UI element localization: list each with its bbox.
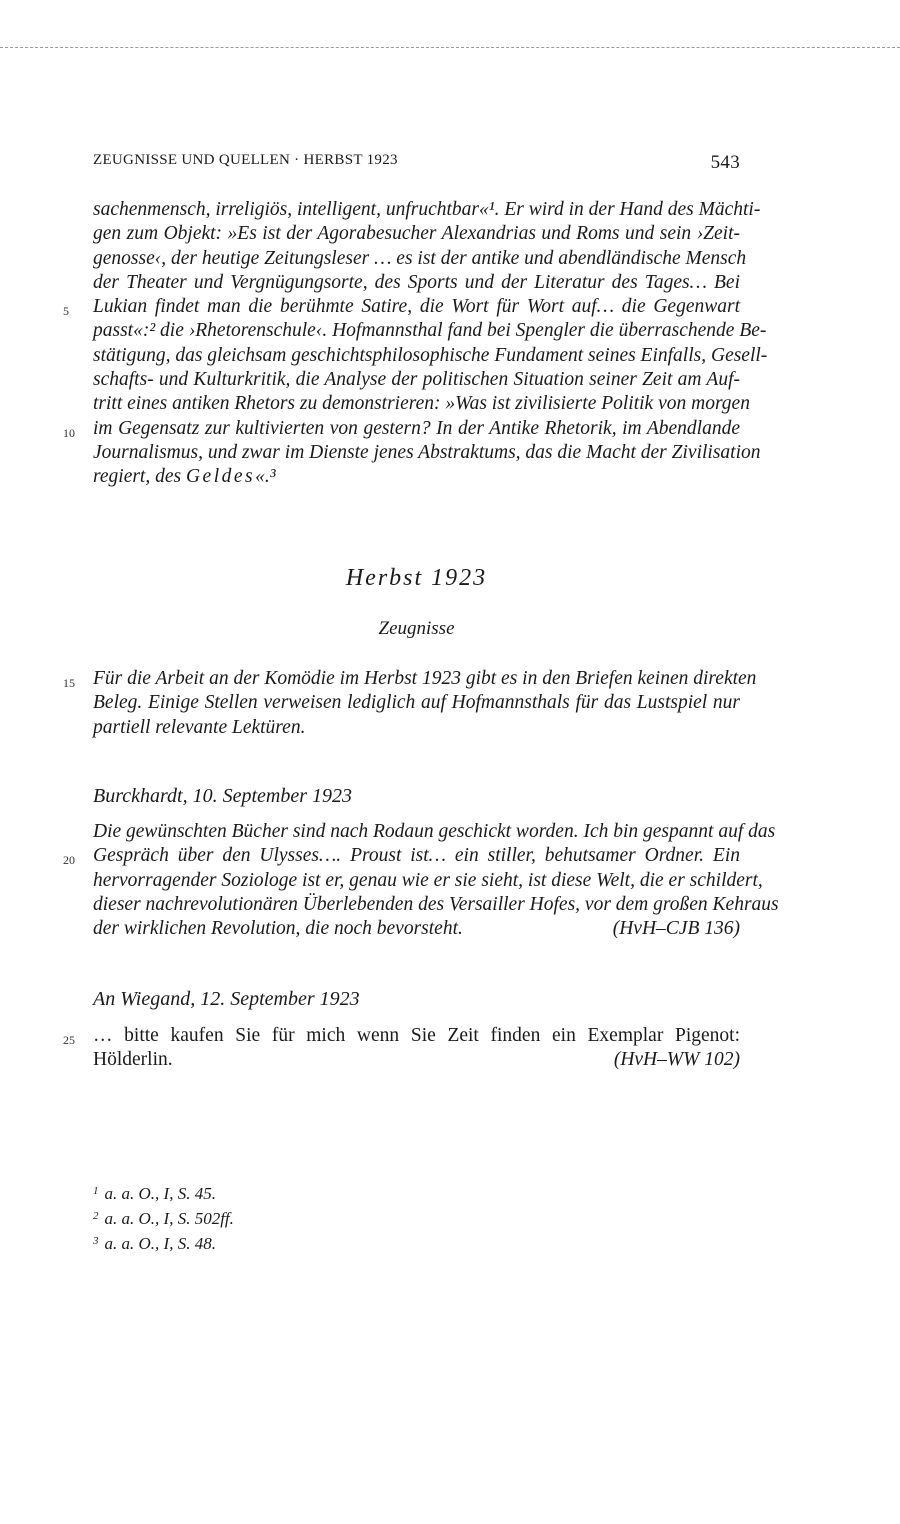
text-line: Die gewünschten Bücher sind nach Rodaun … bbox=[93, 820, 740, 844]
line-number: 25 bbox=[63, 1028, 75, 1052]
footnote-mark: 3 bbox=[93, 1235, 99, 1247]
letter-heading-burckhardt: Burckhardt, 10. September 1923 bbox=[93, 785, 352, 808]
footnote: 1a. a. O., I, S. 45. bbox=[93, 1180, 234, 1205]
footnote-text: a. a. O., I, S. 45. bbox=[105, 1184, 216, 1203]
text-line: genosse‹, der heutige Zeitungsleser … es… bbox=[93, 247, 740, 271]
line-text: sachenmensch, irreligiös, intelligent, u… bbox=[93, 199, 760, 220]
line-text: regiert, des bbox=[93, 466, 186, 487]
line-text: Journalismus, und zwar im Dienste jenes … bbox=[93, 442, 761, 463]
line-text: «.³ bbox=[255, 466, 275, 487]
text-line: der wirklichen Revolution, die noch bevo… bbox=[93, 917, 740, 941]
line-number: 10 bbox=[63, 421, 75, 445]
footnote-text: a. a. O., I, S. 48. bbox=[105, 1234, 216, 1253]
text-line: partiell relevante Lektüren. bbox=[93, 716, 740, 740]
line-text: im Gegensatz zur kultivierten von gester… bbox=[93, 418, 740, 439]
running-head: ZEUGNISSE UND QUELLEN · HERBST 1923 543 bbox=[93, 152, 740, 169]
text-line: 15Für die Arbeit an der Komödie im Herbs… bbox=[93, 667, 740, 691]
text-line: passt«:² die ›Rhetorenschule‹. Hofmannst… bbox=[93, 319, 740, 343]
footnote-text: a. a. O., I, S. 502ff. bbox=[105, 1209, 234, 1228]
emphasized-word: Geldes bbox=[186, 466, 255, 487]
page-number: 543 bbox=[711, 152, 740, 174]
section-paragraph: 15Für die Arbeit an der Komödie im Herbs… bbox=[93, 667, 740, 740]
line-text: passt«:² die ›Rhetorenschule‹. Hofmannst… bbox=[93, 320, 766, 341]
line-text: der wirklichen Revolution, die noch bevo… bbox=[93, 918, 463, 939]
line-text: Lukian findet man die berühmte Satire, d… bbox=[93, 296, 740, 317]
text-line: dieser nachrevolutionären Überlebenden d… bbox=[93, 893, 740, 917]
text-line: 20Gespräch über den Ulysses…. Proust ist… bbox=[93, 844, 740, 868]
line-text: hervorragender Soziologe ist er, genau w… bbox=[93, 870, 763, 891]
text-line: 10im Gegensatz zur kultivierten von gest… bbox=[93, 417, 740, 441]
text-line: der Theater und Vergnügungsorte, des Spo… bbox=[93, 271, 740, 295]
line-text: Die gewünschten Bücher sind nach Rodaun … bbox=[93, 821, 775, 842]
intro-paragraph: sachenmensch, irreligiös, intelligent, u… bbox=[93, 198, 740, 490]
text-line: Beleg. Einige Stellen verweisen lediglic… bbox=[93, 691, 740, 715]
footnotes: 1a. a. O., I, S. 45. 2a. a. O., I, S. 50… bbox=[93, 1180, 234, 1255]
footnote-mark: 1 bbox=[93, 1185, 99, 1197]
footnote: 2a. a. O., I, S. 502ff. bbox=[93, 1205, 234, 1230]
letter-excerpt-wiegand: 25… bitte kaufen Sie für mich wenn Sie Z… bbox=[93, 1024, 740, 1073]
line-text: Gespräch über den Ulysses…. Proust ist… … bbox=[93, 845, 740, 866]
line-number: 5 bbox=[63, 299, 69, 323]
line-number: 15 bbox=[63, 671, 75, 695]
line-text: Beleg. Einige Stellen verweisen lediglic… bbox=[93, 692, 740, 713]
text-line: hervorragender Soziologe ist er, genau w… bbox=[93, 869, 740, 893]
text-line: Hölderlin.(HvH–WW 102) bbox=[93, 1048, 740, 1072]
footnote-mark: 2 bbox=[93, 1210, 99, 1222]
line-number: 20 bbox=[63, 848, 75, 872]
line-text: … bitte kaufen Sie für mich wenn Sie Zei… bbox=[93, 1025, 740, 1046]
text-line: gen zum Objekt: »Es ist der Agorabesuche… bbox=[93, 222, 740, 246]
section-subheading: Zeugnisse bbox=[93, 618, 740, 640]
line-text: schafts- und Kulturkritik, die Analyse d… bbox=[93, 369, 740, 390]
section-heading: Herbst 1923 bbox=[93, 565, 740, 592]
line-text: tritt eines antiken Rhetors zu demonstri… bbox=[93, 393, 750, 414]
text-line: tritt eines antiken Rhetors zu demonstri… bbox=[93, 392, 740, 416]
source-citation: (HvH–CJB 136) bbox=[613, 917, 740, 941]
line-text: Hölderlin. bbox=[93, 1049, 173, 1070]
line-text: Für die Arbeit an der Komödie im Herbst … bbox=[93, 668, 756, 689]
line-text: stätigung, das gleichsam geschichtsphilo… bbox=[93, 345, 767, 366]
text-line: stätigung, das gleichsam geschichtsphilo… bbox=[93, 344, 740, 368]
letter-heading-wiegand: An Wiegand, 12. September 1923 bbox=[93, 988, 360, 1011]
text-line: regiert, des Geldes«.³ bbox=[93, 465, 740, 489]
text-line: 5Lukian findet man die berühmte Satire, … bbox=[93, 295, 740, 319]
page-top-border bbox=[0, 47, 900, 48]
line-text: genosse‹, der heutige Zeitungsleser … es… bbox=[93, 248, 746, 269]
text-line: Journalismus, und zwar im Dienste jenes … bbox=[93, 441, 740, 465]
source-citation: (HvH–WW 102) bbox=[614, 1048, 740, 1072]
line-text: dieser nachrevolutionären Überlebenden d… bbox=[93, 894, 779, 915]
text-line: schafts- und Kulturkritik, die Analyse d… bbox=[93, 368, 740, 392]
text-line: 25… bitte kaufen Sie für mich wenn Sie Z… bbox=[93, 1024, 740, 1048]
letter-excerpt-burckhardt: Die gewünschten Bücher sind nach Rodaun … bbox=[93, 820, 740, 941]
line-text: gen zum Objekt: »Es ist der Agorabesuche… bbox=[93, 223, 740, 244]
line-text: der Theater und Vergnügungsorte, des Spo… bbox=[93, 272, 740, 293]
running-head-title: ZEUGNISSE UND QUELLEN · HERBST 1923 bbox=[93, 152, 398, 168]
footnote: 3a. a. O., I, S. 48. bbox=[93, 1230, 234, 1255]
line-text: partiell relevante Lektüren. bbox=[93, 717, 305, 738]
text-line: sachenmensch, irreligiös, intelligent, u… bbox=[93, 198, 740, 222]
